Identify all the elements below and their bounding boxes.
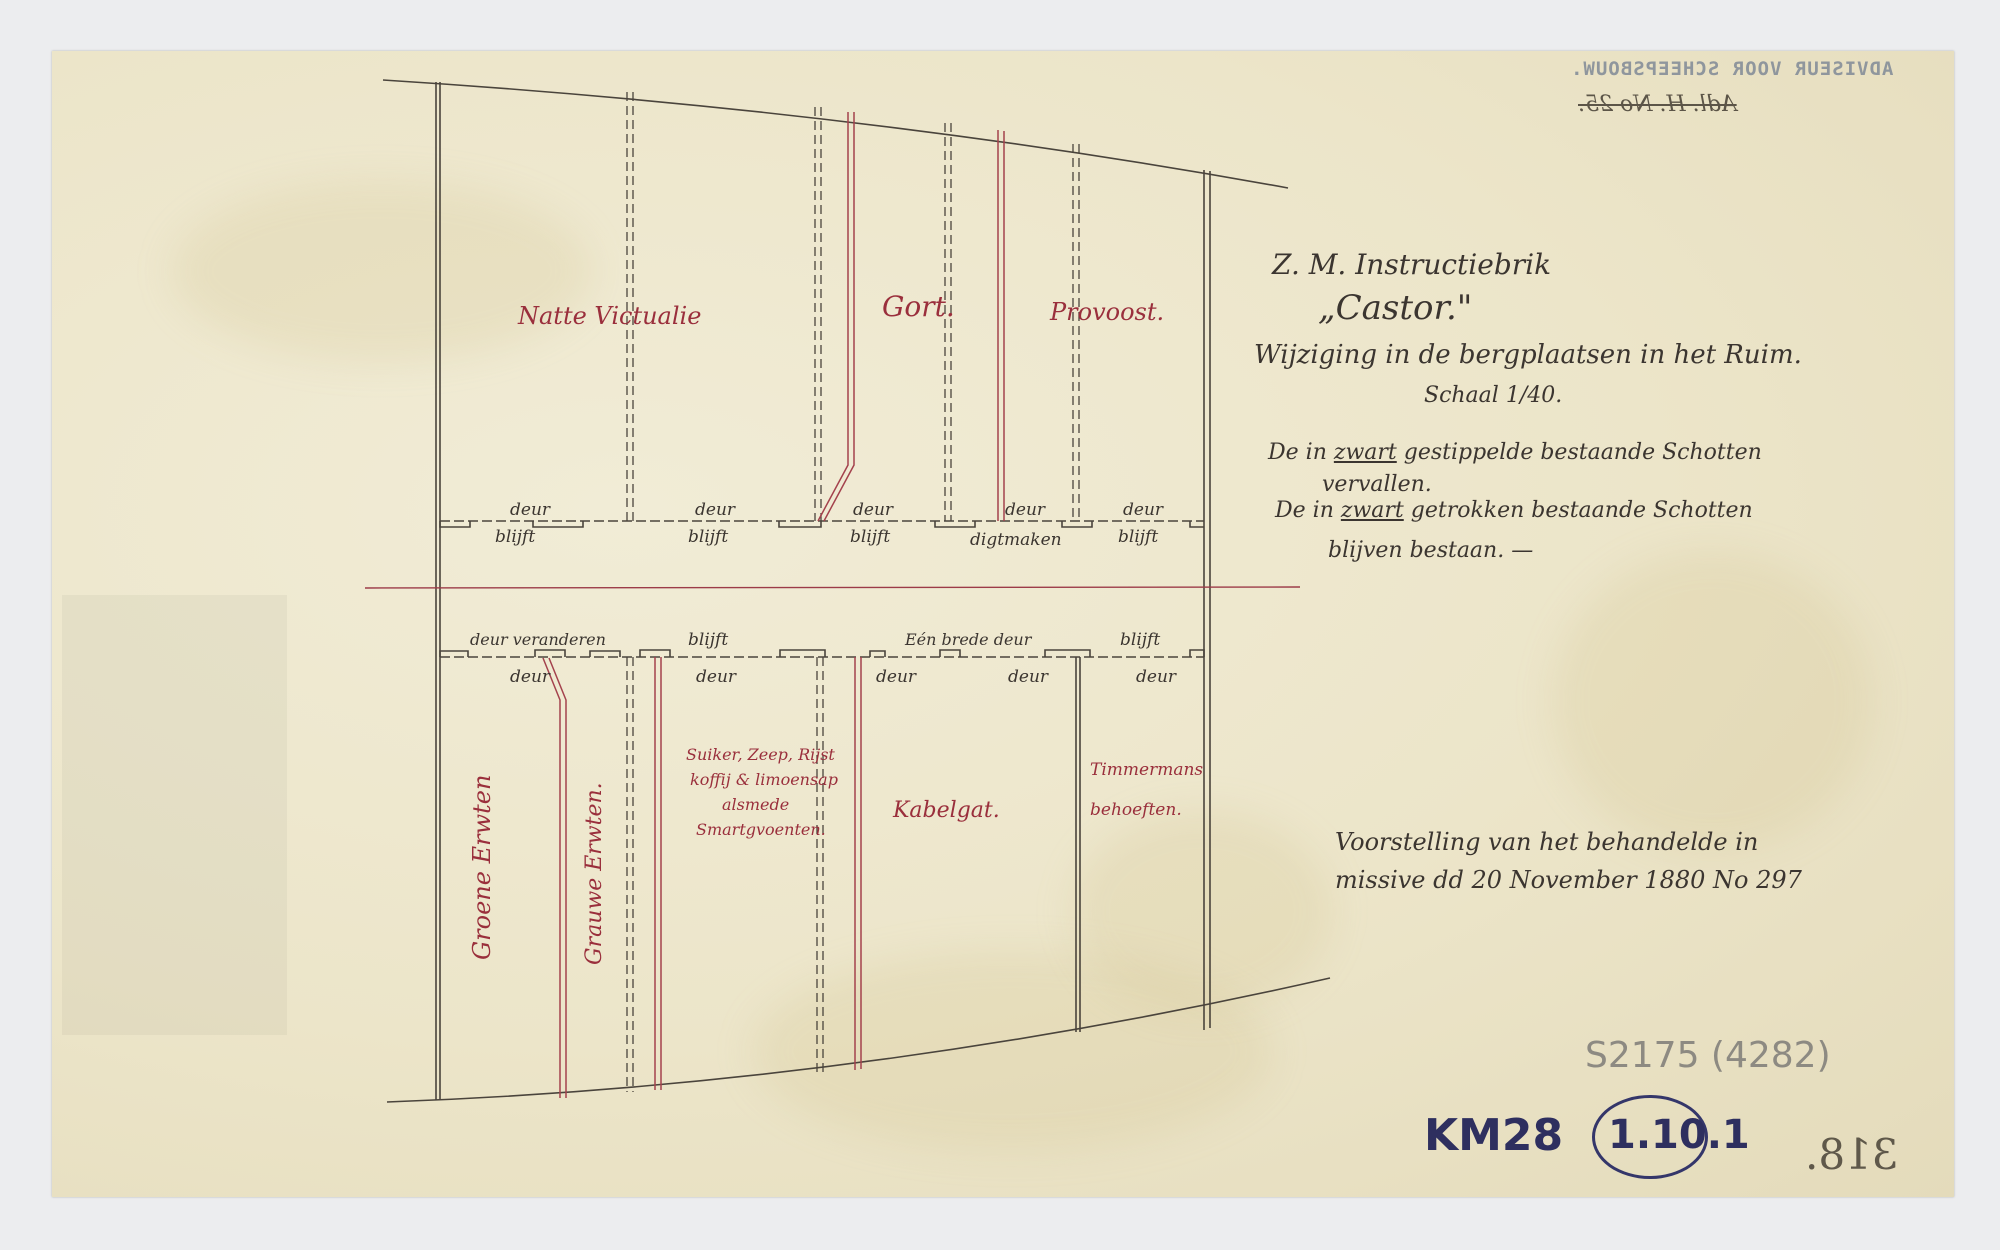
legend-dotted-2: vervallen.: [1322, 472, 1432, 497]
km-number: KM28: [1424, 1110, 1563, 1161]
title-ship-name: „Castor.": [1318, 288, 1472, 328]
door-status: blijft: [1118, 527, 1158, 547]
door-status: blijft: [850, 527, 890, 547]
hull-lower-line: [387, 978, 1330, 1102]
label-stores-4: Smartgvoenten.: [696, 820, 826, 839]
note-line-2: missive dd 20 November 1880 No 297: [1335, 866, 1802, 894]
label-kabelgat: Kabelgat.: [893, 798, 1000, 823]
label-stores-2: koffij & limoensap: [690, 770, 838, 789]
note-line-1: Voorstelling van het behandelde in: [1335, 828, 1758, 856]
mirrored-signature: Adl. H. No 25.: [1578, 92, 1737, 117]
door-label: deur: [1008, 667, 1048, 687]
centerline: [365, 587, 1300, 588]
label-timmermans-2: behoeften.: [1090, 800, 1182, 820]
note-een-brede-deur: Eén brede deur: [905, 630, 1031, 649]
title-subject: Wijziging in de bergplaatsen in het Ruim…: [1254, 340, 1802, 370]
door-label: deur: [510, 500, 550, 520]
label-stores-3: alsmede: [722, 795, 789, 814]
note-blijft: blijft: [688, 630, 728, 650]
note-blijft: blijft: [1120, 630, 1160, 650]
label-gort: Gort.: [882, 290, 955, 323]
label-timmermans-1: Timmermans: [1090, 760, 1203, 780]
door-label: deur: [696, 667, 736, 687]
label-stores-1: Suiker, Zeep, Rijst: [686, 745, 835, 764]
label-groene-erwten: Groene Erwten: [468, 775, 496, 960]
title-ship: Z. M. Instructiebrik: [1272, 248, 1551, 281]
note-deur-veranderen: deur veranderen: [470, 630, 606, 649]
title-scale: Schaal 1/40.: [1424, 383, 1562, 408]
door-label: deur: [853, 500, 893, 520]
door-status: digtmaken: [970, 530, 1062, 550]
door-label: deur: [1136, 667, 1176, 687]
legend-solid: De in zwart getrokken bestaande Schotten: [1275, 498, 1753, 523]
door-label: deur: [1005, 500, 1045, 520]
hull-upper-line: [383, 80, 1288, 188]
door-label: deur: [510, 667, 550, 687]
pencil-reference: S2175 (4282): [1585, 1035, 1831, 1076]
door-label: deur: [876, 667, 916, 687]
legend-dotted: De in zwart gestippelde bestaande Schott…: [1268, 440, 1762, 465]
label-grauwe-erwten: Grauwe Erwten.: [582, 782, 607, 965]
label-provoost: Provoost.: [1050, 298, 1164, 326]
circled-number: 1.10.1: [1608, 1112, 1750, 1158]
door-status: blijft: [688, 527, 728, 547]
door-status: blijft: [495, 527, 535, 547]
label-natte-victualie: Natte Victualie: [518, 302, 701, 330]
stamp-adviseur: ADVISEUR VOOR SCHEEPSBOUW.: [1570, 58, 1893, 80]
mirrored-number: 318.: [1805, 1130, 1899, 1179]
legend-solid-2: blijven bestaan. —: [1328, 538, 1533, 563]
door-label: deur: [695, 500, 735, 520]
door-label: deur: [1123, 500, 1163, 520]
